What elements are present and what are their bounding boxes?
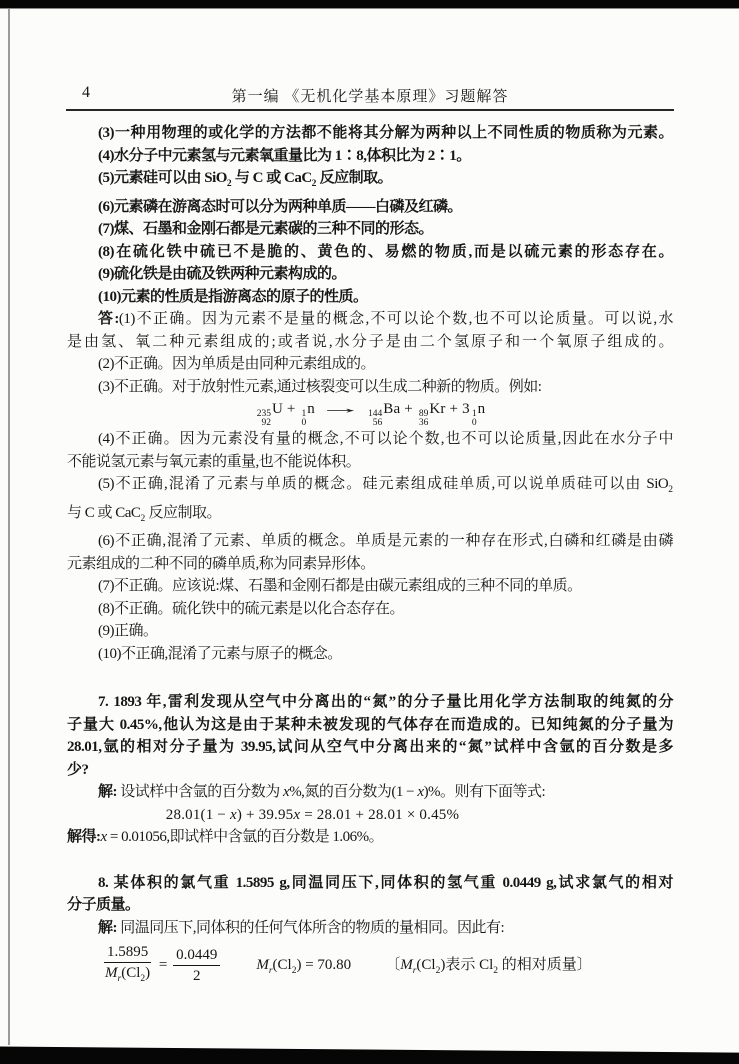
solution-8-intro: 解: 同温同压下,同体积的任何气体所含的物质的量相同。因此有: <box>67 917 673 940</box>
section-gap <box>67 665 673 691</box>
statement-item-10: (10)元素的性质是指游离态的原子的性质。 <box>67 286 673 309</box>
answer-5-line-2: 与 C 或 CaC2 反应制取。 <box>67 502 673 531</box>
scan-gutter-line <box>8 9 10 1045</box>
answer-9: (9)正确。 <box>67 620 673 643</box>
statement-item-5: (5)元素硅可以由 SiO2 与 C 或 CaC2 反应制取。 <box>67 167 673 196</box>
statement-item-3: (3)一种用物理的或化学的方法都不能将其分解为两种以上不同性质的物质称为元素。 <box>67 122 673 145</box>
answer-3: (3)不正确。对于放射性元素,通过核裂变可以生成二种新的物质。例如: <box>67 376 673 399</box>
problem-7-line-3: 28.01,氩的相对分子量为 39.95,试问从空气中分离出来的“氮”试样中含氩… <box>67 736 673 759</box>
scan-bottom-edge <box>0 1045 739 1064</box>
problem-7-line-4: 少? <box>67 759 673 782</box>
statement-item-9: (9)硫化铁是由硫及铁两种元素构成的。 <box>67 263 673 286</box>
section-gap <box>67 849 673 872</box>
problem-8-line-2: 分子质量。 <box>67 894 673 917</box>
solution-7-setup: 解: 设试样中含氩的百分数为 x%,氮的百分数为(1 − x)%。则有下面等式: <box>67 781 673 804</box>
answer-8: (8)不正确。硫化铁中的硫元素是以化合态存在。 <box>67 598 673 621</box>
statement-item-8: (8)在硫化铁中硫已不是脆的、黄色的、易燃的物质,而是以硫元素的形态存在。 <box>67 241 673 264</box>
solution-7-equation: 28.01(1 − x) + 39.95x = 28.01 + 28.01 × … <box>67 804 558 827</box>
answer-4-line-2: 不能说氢元素与氧元素的重量,也不能说体积。 <box>67 451 673 474</box>
answer-7: (7)不正确。应该说:煤、石墨和金刚石都是由碳元素组成的三种不同的单质。 <box>67 575 673 598</box>
problem-8-line-1: 8. 某体积的氯气重 1.5895 g,同温同压下,同体积的氢气重 0.0449… <box>67 872 673 895</box>
nuclear-equation: 23592U + 10n→14456Ba + 8936Kr + 310n <box>67 398 673 428</box>
answer-4-line-1: (4)不正确。因为元素没有量的概念,不可以论个数,也不可以论质量,因此在水分子中 <box>67 428 673 451</box>
answer-2: (2)不正确。因为单质是由同种元素组成的。 <box>67 353 673 376</box>
scan-top-edge <box>0 0 739 9</box>
answer-10: (10)不正确,混淆了元素与原子的概念。 <box>67 643 673 666</box>
statement-item-4: (4)水分子中元素氢与元素氧重量比为 1∶8,体积比为 2∶1。 <box>67 145 673 168</box>
statement-item-6: (6)元素磷在游离态时可以分为两种单质——白磷及红磷。 <box>67 196 673 219</box>
problem-7-line-2: 子量大 0.45%,他认为这是由于某种未被发现的气体存在而造成的。已知纯氮的分子… <box>67 714 673 737</box>
answer-1-line-1: 答:(1)不正确。因为元素不是量的概念,不可以论个数,也不可以论质量。可以说,水 <box>67 308 673 331</box>
statement-item-7: (7)煤、石墨和金刚石都是元素碳的三种不同的形态。 <box>67 218 673 241</box>
answer-6-line-1: (6)不正确,混淆了元素、单质的概念。单质是元素的一种存在形式,白磷和红磷是由磷 <box>67 530 673 553</box>
problem-7-line-1: 7. 1893 年,雷利发现从空气中分离出的“氮”的分子量比用化学方法制取的纯氮… <box>67 691 673 714</box>
answer-5-line-1: (5)不正确,混淆了元素与单质的概念。硅元素组成硅单质,可以说单质硅可以由 Si… <box>67 473 673 502</box>
running-title: 第一编 《无机化学基本原理》习题解答 <box>67 85 673 106</box>
answer-1-line-2: 是由氢、氧二种元素组成的;或者说,水分子是由二个氢原子和一个氧原子组成的。 <box>67 331 673 354</box>
answer-6-line-2: 元素组成的二种不同的磷单质,称为同素异形体。 <box>67 553 673 576</box>
page-content: (3)一种用物理的或化学的方法都不能将其分解为两种以上不同性质的物质称为元素。 … <box>67 122 673 993</box>
solution-8-math: 1.5895Mr(Cl2) = 0.04492Mr(Cl2) = 70.80〔M… <box>67 939 673 993</box>
solution-7-result: 解得:x = 0.01056,即试样中含氩的百分数是 1.06%。 <box>67 826 673 849</box>
header-rule <box>66 109 674 111</box>
